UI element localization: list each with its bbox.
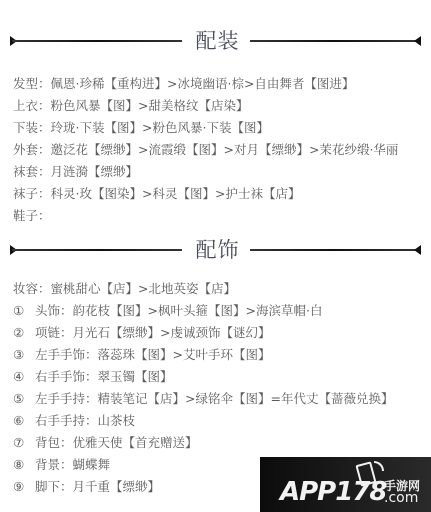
- item-number: ⑨: [13, 476, 35, 498]
- item-label: 左手手饰: [35, 347, 85, 362]
- list-item: ②项链：月光石【缥缈】>虔诚颈饰【谜幻】: [13, 322, 428, 344]
- item-value: 玲珑·下装【图】>粉色风暴·下装【图】: [51, 120, 269, 135]
- list-item: ①头饰：韵花枝【图】>枫叶头箍【图】>海滨草帽·白: [13, 300, 428, 322]
- separator: ：: [38, 186, 51, 201]
- item-value: 韵花枝【图】>枫叶头箍【图】>海滨草帽·白: [73, 303, 323, 318]
- separator: ：: [38, 164, 51, 179]
- section-title-accessories: 配饰: [190, 235, 245, 265]
- list-item: 袜子：科灵·玫【图染】>科灵【图】>护士袜【店】: [13, 183, 428, 205]
- divider-line: [12, 40, 182, 42]
- list-item: 发型：佩恩·珍稀【重构进】>冰境幽语·棕>自由舞者【图进】: [13, 73, 428, 95]
- separator: ：: [60, 457, 73, 472]
- separator: ：: [85, 369, 98, 384]
- item-value: 蜜桃甜心【店】>北地英姿【店】: [51, 281, 236, 296]
- separator: ：: [60, 479, 73, 494]
- item-number: ①: [13, 300, 35, 322]
- signal-icon: [374, 461, 384, 471]
- list-item: 下装：玲珑·下装【图】>粉色风暴·下装【图】: [13, 117, 428, 139]
- item-number: ⑤: [13, 388, 35, 410]
- list-item: ④右手手饰：翠玉镯【图】: [13, 366, 428, 388]
- item-number: ⑦: [13, 432, 35, 454]
- item-label: 外套: [13, 142, 38, 157]
- divider-line: [250, 40, 418, 42]
- item-label: 袜子: [13, 186, 38, 201]
- list-item: 袜套：月涟漪【缥缈】: [13, 161, 428, 183]
- item-value: 佩恩·珍稀【重构进】>冰境幽语·棕>自由舞者【图进】: [51, 76, 355, 91]
- list-item: ③左手手饰：落蕊珠【图】>艾叶手环【图】: [13, 344, 428, 366]
- list-item: 外套：邀泛花【缥缈】>流霞缎【图】>对月【缥缈】>茉花纱缎·华丽: [13, 139, 428, 161]
- item-label: 项链: [35, 325, 60, 340]
- item-number: ⑧: [13, 454, 35, 476]
- list-item: ⑤左手手持：精装笔记【店】>绿铭伞【图】=年代丈【蔷薇兑换】: [13, 388, 428, 410]
- separator: ：: [85, 413, 98, 428]
- separator: ：: [60, 325, 73, 340]
- watermark-brand: APP178: [280, 477, 387, 507]
- item-number: ④: [13, 366, 35, 388]
- item-number: ②: [13, 322, 35, 344]
- item-label: 发型: [13, 76, 38, 91]
- item-value: 月千重【缥缈】: [73, 479, 161, 494]
- item-label: 脚下: [35, 479, 60, 494]
- list-item: 鞋子：: [13, 205, 428, 227]
- item-label: 背包: [35, 435, 60, 450]
- item-label: 妆容: [13, 281, 38, 296]
- separator: ：: [60, 303, 73, 318]
- separator: ：: [38, 76, 51, 91]
- outfit-list: 发型：佩恩·珍稀【重构进】>冰境幽语·棕>自由舞者【图进】 上衣：粉色风暴【图】…: [13, 73, 428, 227]
- item-label: 头饰: [35, 303, 60, 318]
- item-value: 优雅天使【首充赠送】: [73, 435, 198, 450]
- divider-line: [12, 249, 182, 251]
- section-title-outfit: 配装: [190, 26, 245, 56]
- list-item: ⑥右手手持：山茶枝: [13, 410, 428, 432]
- separator: ：: [38, 120, 51, 135]
- item-label: 右手手持: [35, 413, 85, 428]
- item-label: 背景: [35, 457, 60, 472]
- item-number: ⑥: [13, 410, 35, 432]
- item-value: 山茶枝: [98, 413, 136, 428]
- watermark-domain: .com: [384, 490, 418, 506]
- item-value: 邀泛花【缥缈】>流霞缎【图】>对月【缥缈】>茉花纱缎·华丽: [51, 142, 399, 157]
- separator: ：: [38, 281, 51, 296]
- watermark-logo: APP178 手游网 .com: [260, 457, 431, 512]
- item-value: 月涟漪【缥缈】: [51, 164, 139, 179]
- arrow-right-icon: [414, 36, 421, 46]
- section-header-outfit: 配装: [0, 26, 431, 56]
- divider-line: [250, 249, 418, 251]
- separator: ：: [38, 208, 51, 223]
- item-value: 粉色风暴【图】>甜美格纹【店染】: [51, 98, 249, 113]
- item-label: 右手手饰: [35, 369, 85, 384]
- item-label: 袜套: [13, 164, 38, 179]
- item-value: 精装笔记【店】>绿铭伞【图】=年代丈【蔷薇兑换】: [98, 391, 394, 406]
- item-label: 下装: [13, 120, 38, 135]
- item-value: 月光石【缥缈】>虔诚颈饰【谜幻】: [73, 325, 271, 340]
- item-number: ③: [13, 344, 35, 366]
- separator: ：: [85, 391, 98, 406]
- list-item: ⑦背包：优雅天使【首充赠送】: [13, 432, 428, 454]
- separator: ：: [38, 142, 51, 157]
- item-value: 科灵·玫【图染】>科灵【图】>护士袜【店】: [51, 186, 301, 201]
- list-item-makeup: 妆容：蜜桃甜心【店】>北地英姿【店】: [13, 278, 428, 300]
- arrow-right-icon: [414, 245, 421, 255]
- list-item: 上衣：粉色风暴【图】>甜美格纹【店染】: [13, 95, 428, 117]
- item-label: 上衣: [13, 98, 38, 113]
- section-header-accessories: 配饰: [0, 235, 431, 265]
- separator: ：: [38, 98, 51, 113]
- separator: ：: [60, 435, 73, 450]
- item-value: 翠玉镯【图】: [98, 369, 173, 384]
- item-value: 落蕊珠【图】>艾叶手环【图】: [98, 347, 271, 362]
- item-label: 左手手持: [35, 391, 85, 406]
- separator: ：: [85, 347, 98, 362]
- item-label: 鞋子: [13, 208, 38, 223]
- item-value: 蝴蝶舞: [73, 457, 111, 472]
